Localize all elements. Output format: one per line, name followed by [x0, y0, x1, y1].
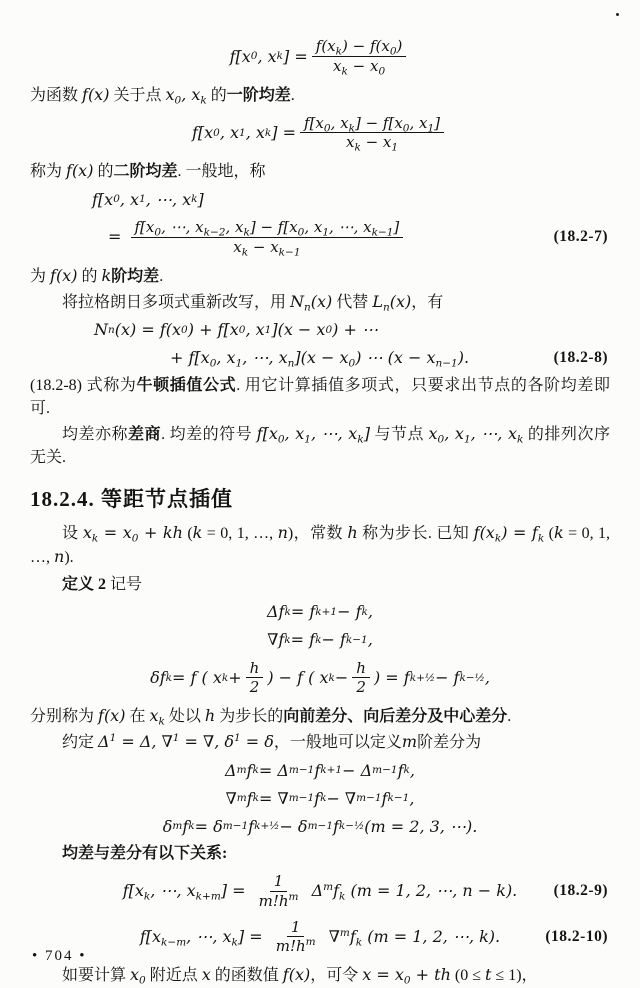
paragraph-relation-intro: 均差与差分有以下关系: [30, 842, 610, 865]
paragraph-difference-quotient-note: 均差亦称差商. 均差的符号 f[x0, x1, ⋯, xk] 与节点 x0, x… [30, 422, 610, 469]
equation-body: f[xk, ⋯, xk+m] = 1m!hm Δmfk (m = 1, 2, ⋯… [123, 872, 518, 911]
equation-body: = f[x0, ⋯, xk−2, xk] − f[x0, x1, ⋯, xk−1… [108, 218, 407, 257]
equation-m-order-forward: Δmfk = Δm−1fk+1 − Δm−1fk , [30, 758, 610, 782]
equation-m-order-central: δmfk = δm−1fk+½ − δm−1fk−½ (m = 2, 3, ⋯)… [30, 814, 610, 838]
equation-m-order-backward: ∇mfk = ∇m−1fk − ∇m−1fk−1 , [30, 786, 610, 810]
equation-backward-difference: ∇fk = fk − fk−1 , [30, 628, 610, 652]
equation-k-order-definition: = f[x0, ⋯, xk−2, xk] − f[x0, x1, ⋯, xk−1… [30, 218, 610, 257]
equation-relation-forward: f[xk, ⋯, xk+m] = 1m!hm Δmfk (m = 1, 2, ⋯… [30, 872, 610, 911]
paragraph-step-size-setup: 设 xk = x0 + kh (k = 0, 1, …, n)，常数 h 称为步… [30, 521, 610, 569]
equation-newton-line2: + f[x0, x1, ⋯, xn](x − x0) ⋯ (x − xn−1).… [30, 346, 610, 370]
paragraph-newton-formula-note: (18.2-8) 式称为牛顿插值公式. 用它计算插值多项式，只要求出节点的各阶均… [30, 374, 610, 420]
equation-number-18-2-7: (18.2-7) [554, 228, 608, 246]
equation-forward-difference: Δfk = fk+1 − fk , [30, 600, 610, 624]
paragraph-k-order-label: 为 f(x) 的 k阶均差. [30, 264, 610, 288]
scanned-textbook-page: f[x0, xk] = f(xk) − f(x0)xk − x0 为函数 f(x… [0, 0, 640, 988]
equation-relation-backward: f[xk−m, ⋯, xk] = 1m!hm ∇mfk (m = 1, 2, ⋯… [30, 918, 610, 957]
paragraph-nearby-point-computation: 如要计算 x0 附近点 x 的函数值 f(x)，可令 x = x0 + th (… [30, 963, 610, 987]
scan-speck [616, 13, 619, 16]
paragraph-definition-2: 定义 2 记号 [30, 573, 610, 596]
equation-body: f[xk−m, ⋯, xk] = 1m!hm ∇mfk (m = 1, 2, ⋯… [140, 918, 500, 957]
paragraph-m-order-convention: 约定 Δ1 = Δ, ∇1 = ∇, δ1 = δ，一般地可以定义m阶差分为 [30, 730, 610, 754]
page-number: • 704 • [32, 948, 87, 965]
equation-second-order-divided-difference: f[x0, x1, xk] = f[x0, xk] − f[x0, x1]xk … [30, 114, 610, 153]
paragraph-newton-rewrite: 将拉格朗日多项式重新改写，用 Nn(x) 代替 Ln(x)，有 [30, 290, 610, 314]
section-heading-18-2-4: 18.2.4. 等距节点插值 [30, 483, 610, 513]
equation-newton-line1: Nn(x) = f(x0) + f[x0, x1](x − x0) + ⋯ [30, 318, 610, 342]
paragraph-second-order-label: 称为 f(x) 的二阶均差. 一般地，称 [30, 159, 610, 183]
paragraph-difference-names: 分别称为 f(x) 在 xk 处以 h 为步长的向前差分、向后差分及中心差分. [30, 704, 610, 728]
equation-number-18-2-8: (18.2-8) [554, 349, 608, 367]
equation-number-18-2-10: (18.2-10) [545, 928, 608, 946]
equation-central-difference: δfk = f ( xk + h2) − f ( xk − h2) = fk+½… [30, 659, 610, 698]
equation-first-order-divided-difference: f[x0, xk] = f(xk) − f(x0)xk − x0 [30, 37, 610, 76]
equation-number-18-2-9: (18.2-9) [554, 882, 608, 900]
paragraph-first-order-label: 为函数 f(x) 关于点 x0, xk 的一阶均差. [30, 83, 610, 107]
equation-k-order-lhs: f[x0, x1, ⋯, xk] [30, 187, 610, 211]
equation-body: + f[x0, x1, ⋯, xn](x − x0) ⋯ (x − xn−1). [170, 348, 469, 367]
